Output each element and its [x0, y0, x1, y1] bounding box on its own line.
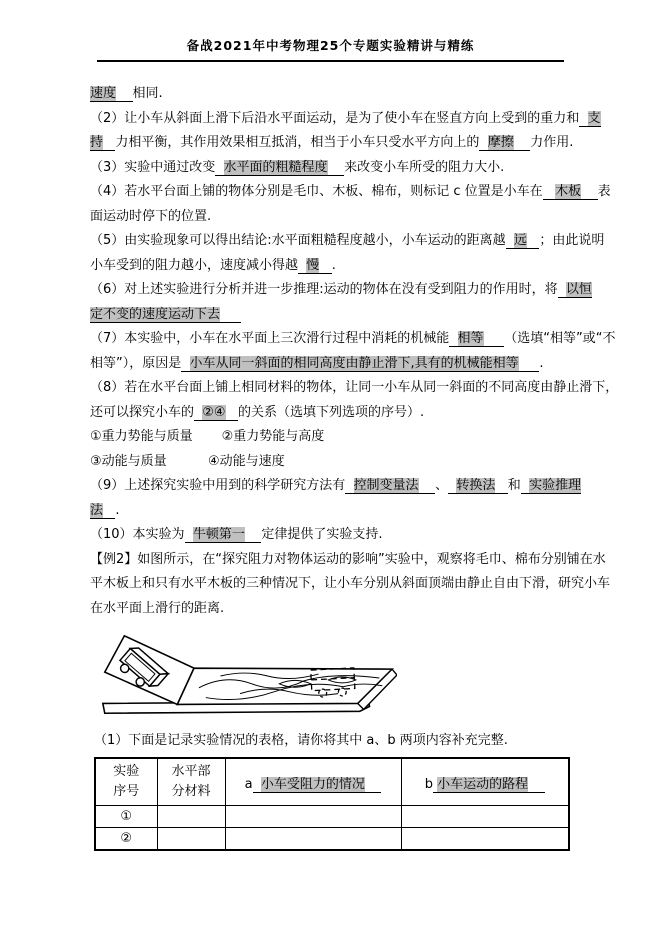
- text-line: （7）本实验中，小车在水平面上三次滑行过程中消耗的机械能 相等 （选填“相等”或…: [90, 327, 576, 352]
- table-cell: ②: [95, 828, 157, 851]
- text-line: 法 .: [90, 499, 576, 524]
- table-caption: （1）下面是记录实验情况的表格，请你将其中 a、b 两项内容补充完整.: [94, 729, 576, 753]
- text-run: 相等”），原因是: [90, 356, 181, 371]
- answer-highlight: ②④: [202, 405, 225, 421]
- table-cell: [157, 828, 225, 851]
- table-cell: [225, 828, 401, 851]
- table-cell: [157, 806, 225, 828]
- answer-highlight: 实验推理: [529, 478, 581, 494]
- answer-highlight: 小车从同一斜面的相同高度由静止滑下,具有的机械能相等: [190, 356, 519, 372]
- blank-underline: [479, 135, 487, 151]
- text-run: 小车受到的阻力越小，速度减小得越: [90, 258, 298, 273]
- text-run: ②重力势能与高度: [222, 429, 325, 444]
- table-cell: [401, 828, 569, 851]
- text-line: 速度 相同.: [90, 82, 576, 107]
- text-run: 平木板上和只有水平木板的三种情况下，让小车分别从斜面顶端由静止自由下滑，研究小车: [90, 576, 610, 591]
- blank-underline: [215, 160, 223, 176]
- text-line: 持 力相平衡，其作用效果相互抵消，相当于小车只受水平方向上的 摩擦 力作用.: [90, 131, 576, 156]
- answer-highlight: 相等: [458, 331, 484, 347]
- experiment-figure: [93, 625, 661, 727]
- text-line: （5）由实验现象可以得出结论:水平面粗糙程度越小，小车运动的距离越 远 ；由此说…: [90, 229, 576, 254]
- answer-highlight: 小车受阻力的情况: [261, 777, 365, 793]
- answer-highlight: 控制变量法: [354, 478, 419, 494]
- document-page: 备战2021年中考物理25个专题实验精讲与精练 速度 相同.（2）让小车从斜面上…: [0, 0, 661, 935]
- text-run: （9）上述探究实验中用到的科学研究方法有: [90, 478, 345, 493]
- answer-highlight: 小车运动的路程: [437, 777, 528, 793]
- text-run: 定律提供了实验支持.: [261, 527, 382, 542]
- table-header-cell: b 小车运动的路程: [401, 758, 569, 806]
- page-header-title: 备战2021年中考物理25个专题实验精讲与精练: [97, 36, 564, 62]
- table-row: ①: [95, 806, 569, 828]
- text-run: 相同.: [133, 86, 163, 101]
- text-line: ①重力势能与质量 ②重力势能与高度: [90, 425, 576, 450]
- blank-underline: [328, 160, 345, 176]
- header-cell-line: 分材料: [158, 782, 225, 802]
- blank-underline: [226, 405, 238, 421]
- blank-underline: [185, 527, 193, 543]
- blank-underline: [543, 184, 555, 200]
- answer-highlight: 持: [90, 135, 103, 151]
- blank-underline: [484, 331, 505, 347]
- text-line: （2）让小车从斜面上滑下后沿水平面运动，是为了使小车在竖直方向上受到的重力和 支: [90, 107, 576, 132]
- blank-underline: [558, 282, 566, 298]
- blank-underline: [519, 356, 540, 372]
- text-run: 在水平面上滑行的距离.: [90, 601, 224, 616]
- text-line: （8）若在水平台面上铺上相同材料的物体，让同一小车从同一斜面的不同高度由静止滑下…: [90, 376, 576, 401]
- table-cell: [401, 806, 569, 828]
- answer-highlight: 定不变的速度运动下去: [90, 307, 220, 323]
- text-run: （7）本实验中，小车在水平面上三次滑行过程中消耗的机械能: [90, 331, 449, 346]
- ramp-cart-experiment-drawing: [93, 625, 397, 727]
- text-run: ①重力势能与质量: [90, 429, 193, 444]
- text-run: 还可以探究小车的: [90, 405, 194, 420]
- text-line: （10）本实验为 牛顿第一 定律提供了实验支持.: [90, 523, 576, 548]
- header-cell-line: 实验: [96, 762, 157, 782]
- blank-underline: [345, 478, 353, 494]
- text-run: 来改变小车所受的阻力大小.: [344, 160, 504, 175]
- text-run: ③动能与质量: [90, 454, 167, 469]
- text-line: （3）实验中通过改变 水平面的粗糙程度 来改变小车所受的阻力大小.: [90, 156, 576, 181]
- text-run: （6）对上述实验进行分析并进一步推理:运动的物体在没有受到阻力的作用时，将: [90, 282, 558, 297]
- text-run: [167, 454, 208, 469]
- blank-underline: [181, 356, 189, 372]
- text-run: 面运动时停下的位置.: [90, 209, 211, 224]
- blank-underline: [419, 478, 436, 494]
- table-cell: [225, 806, 401, 828]
- text-line: （6）对上述实验进行分析并进一步推理:运动的物体在没有受到阻力的作用时，将 以恒: [90, 278, 576, 303]
- text-run: .: [332, 258, 336, 273]
- text-run: 表: [598, 184, 611, 199]
- table-header-cell: 水平部分材料: [157, 758, 225, 806]
- text-run: （5）由实验现象可以得出结论:水平面粗糙程度越小，小车运动的距离越: [90, 233, 506, 248]
- text-line: 相等”），原因是 小车从同一斜面的相同高度由静止滑下,具有的机械能相等 .: [90, 352, 576, 377]
- text-run: .: [539, 356, 543, 371]
- text-line: 在水平面上滑行的距离.: [90, 597, 576, 622]
- text-run: （2）让小车从斜面上滑下后沿水平面运动，是为了使小车在竖直方向上受到的重力和: [90, 111, 579, 126]
- text-line: ③动能与质量 ④动能与速度: [90, 450, 576, 475]
- text-run: 力作用.: [530, 135, 573, 150]
- text-run: a: [245, 777, 253, 792]
- answer-highlight: 慢: [306, 258, 319, 274]
- text-run: （8）若在水平台面上铺上相同材料的物体，让同一小车从同一斜面的不同高度由静止滑下…: [90, 380, 618, 395]
- table-header-row: 实验序号水平部分材料a 小车受阻力的情况 b 小车运动的路程: [95, 758, 569, 806]
- text-run: （选填“相等”或“不: [504, 331, 615, 346]
- blank-underline: [116, 86, 133, 102]
- blank-underline: [527, 233, 539, 249]
- table-cell: ①: [95, 806, 157, 828]
- table-header-cell: a 小车受阻力的情况: [225, 758, 401, 806]
- answer-highlight: 支: [588, 111, 601, 127]
- answer-highlight: 木板: [555, 184, 581, 200]
- text-run: （10）本实验为: [90, 527, 185, 542]
- text-run: 的关系（选填下列选项的序号）.: [238, 405, 424, 420]
- table-header-cell: 实验序号: [95, 758, 157, 806]
- blank-underline: [365, 777, 382, 793]
- text-run: ；由此说明: [539, 233, 604, 248]
- text-line: 【例2】如图所示，在“探究阻力对物体运动的影响”实验中，观察将毛巾、棉布分别铺在…: [90, 548, 576, 573]
- text-run: （4）若水平台面上铺的物体分别是毛巾、木板、棉布，则标记 c 位置是小车在: [90, 184, 543, 199]
- blank-underline: [449, 331, 457, 347]
- text-run: （3）实验中通过改变: [90, 160, 215, 175]
- blank-underline: [103, 503, 115, 519]
- experiment-record-table: 实验序号水平部分材料a 小车受阻力的情况 b 小车运动的路程 ①②: [94, 757, 570, 851]
- text-line: 小车受到的阻力越小，速度减小得越 慢 .: [90, 254, 576, 279]
- header-cell-line: 序号: [96, 782, 157, 802]
- text-run: b: [425, 777, 433, 792]
- text-line: 还可以探究小车的 ②④ 的关系（选填下列选项的序号）.: [90, 401, 576, 426]
- text-run: [193, 429, 222, 444]
- blank-underline: [253, 777, 261, 793]
- text-run: ④动能与速度: [208, 454, 285, 469]
- blank-underline: [245, 527, 262, 543]
- answer-highlight: 法: [90, 503, 103, 519]
- text-run: 【例2】如图所示，在“探究阻力对物体运动的影响”实验中，观察将毛巾、棉布分别铺在…: [90, 552, 606, 567]
- text-run: 和: [508, 478, 521, 493]
- blank-underline: [521, 478, 529, 494]
- text-line: （4）若水平台面上铺的物体分别是毛巾、木板、棉布，则标记 c 位置是小车在 木板…: [90, 180, 576, 205]
- answer-highlight: 牛顿第一: [193, 527, 245, 543]
- blank-underline: [581, 184, 598, 200]
- text-run: 、: [435, 478, 448, 493]
- blank-underline: [579, 111, 587, 127]
- content-lines: 速度 相同.（2）让小车从斜面上滑下后沿水平面运动，是为了使小车在竖直方向上受到…: [90, 82, 576, 621]
- blank-underline: [103, 135, 115, 151]
- answer-highlight: 以恒: [566, 282, 592, 298]
- text-line: 定不变的速度运动下去: [90, 303, 576, 328]
- text-line: （9）上述探究实验中用到的科学研究方法有 控制变量法 、 转换法 和 实验推理: [90, 474, 576, 499]
- answer-highlight: 速度: [90, 86, 116, 102]
- header-cell-line: 水平部: [158, 762, 225, 782]
- text-line: 平木板上和只有水平木板的三种情况下，让小车分别从斜面顶端由静止自由下滑，研究小车: [90, 572, 576, 597]
- answer-highlight: 水平面的粗糙程度: [224, 160, 328, 176]
- answer-highlight: 摩擦: [488, 135, 514, 151]
- blank-underline: [220, 307, 241, 323]
- blank-underline: [319, 258, 331, 274]
- blank-underline: [528, 777, 545, 793]
- blank-underline: [506, 233, 514, 249]
- blank-underline: [495, 478, 507, 494]
- text-run: .: [115, 503, 119, 518]
- blank-underline: [514, 135, 531, 151]
- text-line: 面运动时停下的位置.: [90, 205, 576, 230]
- answer-highlight: 转换法: [456, 478, 495, 494]
- table-row: ②: [95, 828, 569, 851]
- text-run: 力相平衡，其作用效果相互抵消，相当于小车只受水平方向上的: [115, 135, 479, 150]
- answer-highlight: 远: [514, 233, 527, 249]
